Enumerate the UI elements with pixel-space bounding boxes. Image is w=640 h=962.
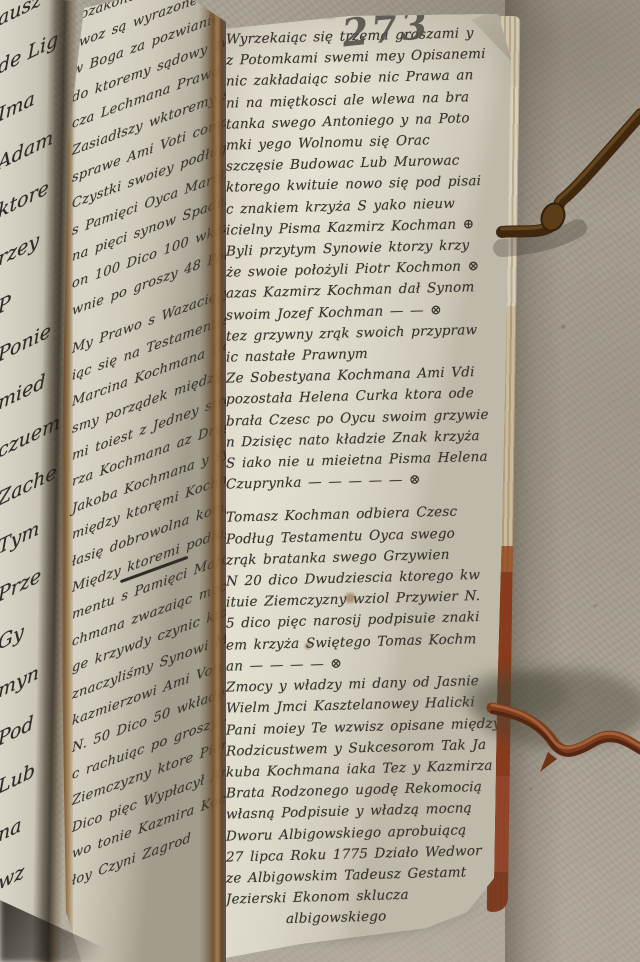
far-left-page-text: auszde LigImaAdamktorerzeyPPoniemiedczue… [0,0,198,908]
manuscript-photo: Wyrzekaiąc się trzema groszami yz Potomk… [0,0,640,962]
spine-fold-edges [199,0,226,962]
right-page-text: Wyrzekaiąc się trzema groszami yz Potomk… [226,22,506,932]
right-page: Wyrzekaiąc się trzema groszami yz Potomk… [210,0,516,962]
